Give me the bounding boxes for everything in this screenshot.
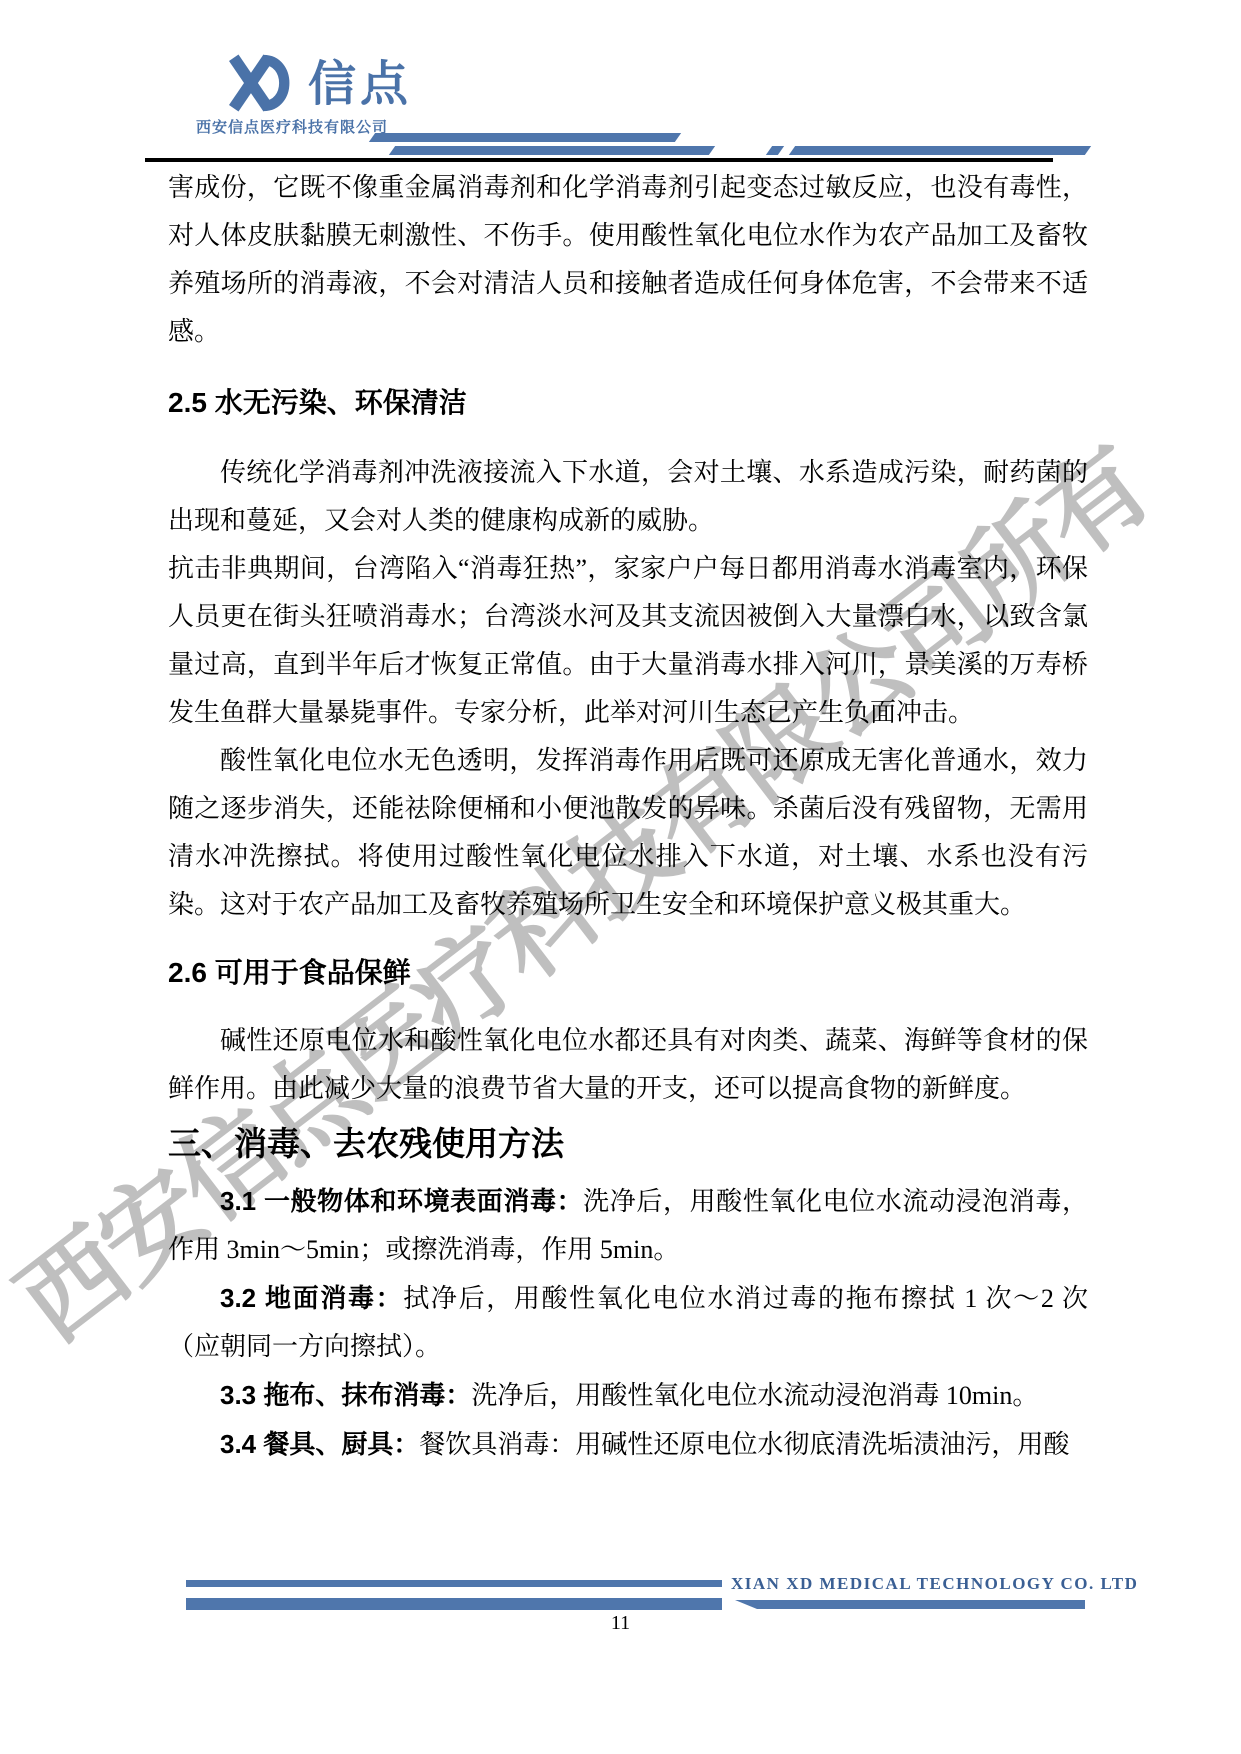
footer-company-name: XIAN XD MEDICAL TECHNOLOGY CO. LTD [731, 1574, 1091, 1594]
footer-rule-bar-bottom [186, 1598, 722, 1610]
chapter-heading-3: 三、消毒、去农残使用方法 [168, 1121, 1088, 1167]
xd-logo-icon [222, 52, 296, 114]
logo-tagline: 西安信点医疗科技有限公司 [196, 116, 388, 137]
page-number: 11 [0, 1612, 1241, 1635]
step-item-3-4: 3.4 餐具、厨具：餐饮具消毒：用碱性还原电位水彻底清洗垢渍油污，用酸 [168, 1420, 1088, 1469]
step-label-3-3: 3.3 拖布、抹布消毒： [220, 1380, 471, 1410]
footer-rule-bar-top [186, 1580, 722, 1587]
step-text-3-4: 餐饮具消毒：用碱性还原电位水彻底清洗垢渍油污，用酸 [419, 1430, 1069, 1459]
header-divider-line [145, 158, 1053, 162]
step-label-3-4: 3.4 餐具、厨具： [220, 1429, 419, 1459]
paragraph-pollution-1: 传统化学消毒剂冲洗液接流入下水道，会对土壤、水系造成污染，耐药菌的出现和蔓延，又… [168, 449, 1088, 545]
paragraph-pollution-2: 抗击非典期间，台湾陷入“消毒狂热”，家家户户每日都用消毒水消毒室内，环保人员更在… [168, 545, 1088, 737]
document-body: 害成份，它既不像重金属消毒剂和化学消毒剂引起变态过敏反应，也没有毒性，对人体皮肤… [168, 164, 1088, 1469]
step-text-3-3: 洗净后，用酸性氧化电位水流动浸泡消毒 10min。 [471, 1381, 1038, 1410]
header-rule-bar-left-top [369, 133, 681, 142]
paragraph-food-preservation: 碱性还原电位水和酸性氧化电位水都还具有对肉类、蔬菜、海鲜等食材的保鲜作用。由此减… [168, 1017, 1088, 1113]
footer-rule-bar-right [735, 1600, 1085, 1609]
step-item-3-3: 3.3 拖布、抹布消毒：洗净后，用酸性氧化电位水流动浸泡消毒 10min。 [168, 1371, 1088, 1420]
step-item-3-2: 3.2 地面消毒：拭净后，用酸性氧化电位水消过毒的拖布擦拭 1 次～2 次（应朝… [168, 1274, 1088, 1371]
paragraph-pollution-3: 酸性氧化电位水无色透明，发挥消毒作用后既可还原成无害化普通水，效力随之逐步消失，… [168, 737, 1088, 929]
step-item-3-1: 3.1 一般物体和环境表面消毒：洗净后，用酸性氧化电位水流动浸泡消毒，作用 3m… [168, 1177, 1088, 1274]
paragraph-continuation: 害成份，它既不像重金属消毒剂和化学消毒剂引起变态过敏反应，也没有毒性，对人体皮肤… [168, 164, 1088, 356]
company-logo: 信点 [222, 52, 412, 114]
step-label-3-2: 3.2 地面消毒： [220, 1283, 403, 1313]
section-heading-2-6: 2.6 可用于食品保鲜 [168, 953, 1088, 993]
header-rule-bar-right [789, 146, 1091, 155]
document-page: 西安信点医疗科技有限公司所有 信点 西安信点医疗科技有限公司 害成份，它既不像重… [0, 0, 1241, 1754]
step-label-3-1: 3.1 一般物体和环境表面消毒： [220, 1186, 583, 1216]
header-rule-notch [766, 146, 784, 155]
section-heading-2-5: 2.5 水无污染、环保清洁 [168, 383, 1088, 423]
header-rule-bar-left-bottom [389, 146, 715, 155]
logo-wordmark: 信点 [308, 56, 412, 114]
